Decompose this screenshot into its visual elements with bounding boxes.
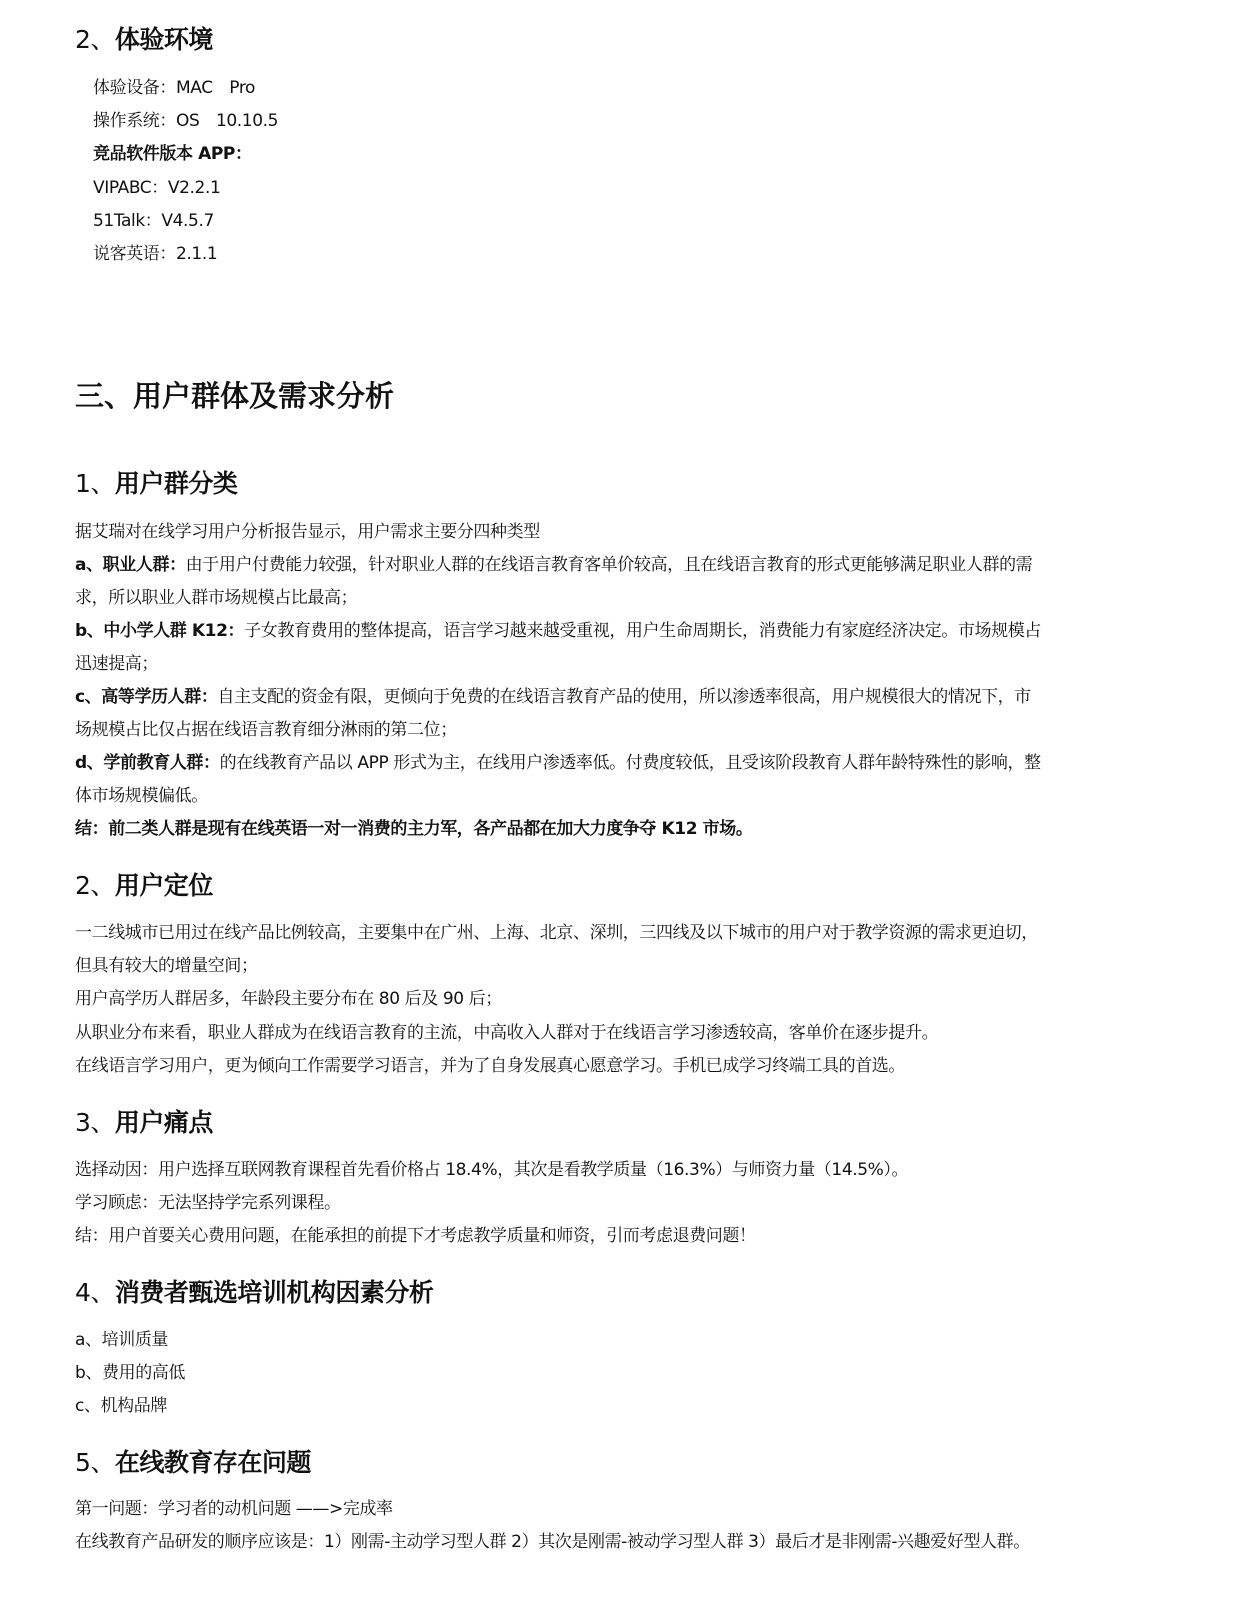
heading-selection-factors: 4、消费者甄选培训机构因素分析 bbox=[75, 1273, 433, 1309]
groups-conclusion: 结：前二类人群是现有在线英语一对一消费的主力军，各产品都在加大力度争夺 K12 … bbox=[75, 813, 752, 846]
group-item-d-line1: d、学前教育人群：的在线教育产品以 APP 形式为主，在线用户渗透率低。付费度较… bbox=[75, 747, 1041, 780]
positioning-line: 但具有较大的增量空间； bbox=[75, 950, 258, 983]
painpoint-line: 选择动因：用户选择互联网教育课程首先看价格占 18.4%，其次是看教学质量（16… bbox=[75, 1154, 908, 1187]
env-line-os: 操作系统：OS 10.10.5 bbox=[93, 105, 278, 138]
group-item-d-line2: 体市场规模偏低。 bbox=[75, 780, 208, 813]
heading-user-groups: 1、用户群分类 bbox=[75, 464, 237, 500]
group-item-c-line2: 场规模占比仅占据在线语言教育细分淋雨的第二位； bbox=[75, 714, 457, 747]
heading-experience-environment: 2、体验环境 bbox=[75, 20, 213, 56]
env-line-app-version-label: 竞品软件版本 APP： bbox=[93, 138, 252, 171]
factor-item: a、培训质量 bbox=[75, 1324, 168, 1357]
group-item-b-line1: b、中小学人群 K12：子女教育费用的整体提高，语言学习越来越受重视，用户生命周… bbox=[75, 615, 1041, 648]
positioning-line: 在线语言学习用户，更为倾向工作需要学习语言，并为了自身发展真心愿意学习。手机已成… bbox=[75, 1050, 905, 1083]
heading-text: 体验环境 bbox=[115, 25, 213, 54]
positioning-line: 一二线城市已用过在线产品比例较高，主要集中在广州、上海、北京、深圳，三四线及以下… bbox=[75, 917, 1038, 950]
env-line-51talk: 51Talk：V4.5.7 bbox=[93, 205, 214, 238]
group-item-a-line2: 求，所以职业人群市场规模占比最高； bbox=[75, 582, 357, 615]
group-item-c-line1: c、高等学历人群：自主支配的资金有限，更倾向于免费的在线语言教育产品的使用，所以… bbox=[75, 681, 1031, 714]
factor-item: b、费用的高低 bbox=[75, 1357, 185, 1390]
painpoint-line: 结：用户首要关心费用问题，在能承担的前提下才考虑教学质量和师资，引而考虑退费问题… bbox=[75, 1220, 756, 1253]
factor-item: c、机构品牌 bbox=[75, 1390, 167, 1423]
heading-online-education-problems: 5、在线教育存在问题 bbox=[75, 1443, 311, 1479]
env-line-device: 体验设备：MAC Pro bbox=[93, 72, 255, 105]
positioning-line: 从职业分布来看，职业人群成为在线语言教育的主流，中高收入人群对于在线语言学习渗透… bbox=[75, 1017, 938, 1050]
group-item-b-line2: 迅速提高； bbox=[75, 648, 158, 681]
group-item-a-line1: a、职业人群：由于用户付费能力较强，针对职业人群的在线语言教育客单价较高，且在线… bbox=[75, 549, 1032, 582]
heading-user-pain-points: 3、用户痛点 bbox=[75, 1103, 213, 1139]
positioning-line: 用户高学历人群居多，年龄段主要分布在 80 后及 90 后； bbox=[75, 983, 502, 1016]
env-line-vipabc: VIPABC：V2.2.1 bbox=[93, 172, 220, 205]
env-line-shuoke: 说客英语：2.1.1 bbox=[93, 238, 217, 271]
heading-number: 2、 bbox=[75, 25, 115, 54]
painpoint-line: 学习顾虑：无法坚持学完系列课程。 bbox=[75, 1187, 341, 1220]
heading-user-positioning: 2、用户定位 bbox=[75, 866, 213, 902]
problem-line: 第一问题：学习者的动机问题 ——>完成率 bbox=[75, 1493, 393, 1526]
section-title-user-analysis: 三、用户群体及需求分析 bbox=[75, 374, 394, 415]
groups-intro: 据艾瑞对在线学习用户分析报告显示，用户需求主要分四种类型 bbox=[75, 516, 540, 549]
problem-line: 在线教育产品研发的顺序应该是：1）刚需-主动学习型人群 2）其次是刚需-被动学习… bbox=[75, 1526, 1030, 1559]
